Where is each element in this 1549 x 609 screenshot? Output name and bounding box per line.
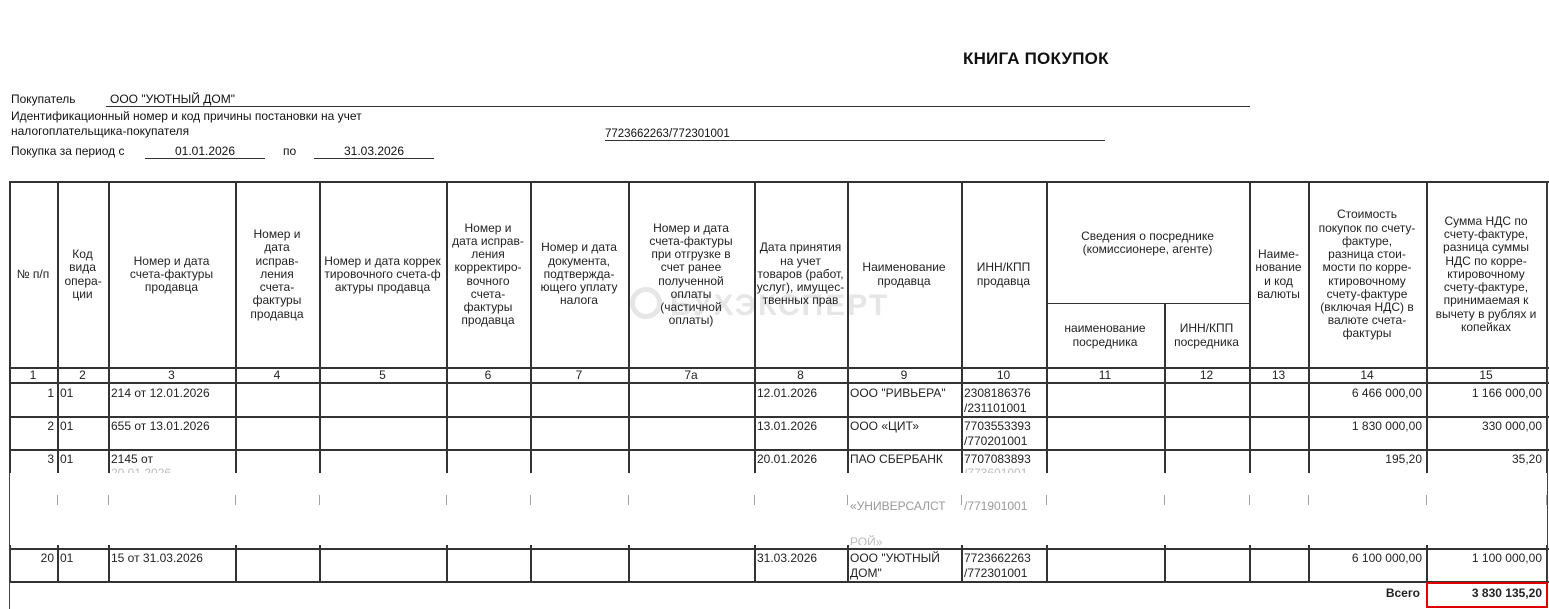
- row20-vat: 1 100 000,00: [1426, 551, 1542, 565]
- row2-seller: ООО «ЦИТ»: [850, 419, 919, 433]
- column-number-13: 12: [1164, 368, 1249, 382]
- header-col-9: Наименование продавца: [847, 182, 961, 367]
- row20-code: 01: [60, 551, 73, 565]
- inn-field: 7723662263/772301001: [605, 126, 1105, 141]
- inn-label-line2: налогоплательщика-покупателя: [11, 124, 189, 138]
- column-number-11: 10: [961, 368, 1046, 382]
- period-label: Покупка за период с: [11, 144, 125, 158]
- row1-vat: 1 166 000,00: [1426, 386, 1542, 400]
- row2-code: 01: [60, 419, 73, 433]
- row20-seller-line1: ООО "УЮТНЫЙ: [850, 551, 940, 565]
- row2-date: 13.01.2026: [757, 419, 817, 433]
- period-from-field: 01.01.2026: [145, 144, 265, 159]
- header-col-12: ИНН/КПП посредника: [1164, 304, 1249, 367]
- column-number-5: 5: [319, 368, 446, 382]
- period-from-value: 01.01.2026: [175, 144, 235, 158]
- row3-inn2-faded: /773601001: [964, 466, 1027, 473]
- document-title: КНИГА ПОКУПОК: [963, 49, 1109, 69]
- header-col-11: наименование посредника: [1046, 304, 1164, 367]
- row3-invoice: 2145 от: [111, 452, 153, 466]
- row1-seller: ООО "РИВЬЕРА": [850, 386, 946, 400]
- row3-invoice-faded: 20.01.2026: [111, 466, 171, 473]
- buyer-label: Покупатель: [11, 92, 75, 106]
- row3-seller: ПАО СБЕРБАНК: [850, 452, 943, 466]
- period-to-field: 31.03.2026: [314, 144, 434, 159]
- column-number-7: 7: [530, 368, 628, 382]
- row1-invoice: 214 от 12.01.2026: [111, 386, 210, 400]
- column-number-14: 13: [1249, 368, 1308, 382]
- row20-invoice: 15 от 31.03.2026: [111, 551, 203, 565]
- header-col-10: ИНН/КПП продавца: [961, 182, 1046, 367]
- gap-inn-faded: /771901001: [964, 499, 1027, 513]
- header-col-13: Наиме-нование и код валюты: [1249, 182, 1308, 367]
- header-col-6: Номер и дата исправ-ления корректиро-воч…: [446, 182, 530, 367]
- header-col-5: Номер и дата корректировочного счета-фак…: [319, 182, 446, 367]
- row3-date: 20.01.2026: [757, 452, 817, 466]
- header-col-4: Номер и дата исправ-ления счета-фактуры …: [235, 182, 319, 367]
- header-col-8: Дата принятия на учет товаров (работ, ус…: [754, 182, 847, 367]
- column-number-3: 3: [108, 368, 235, 382]
- row3-vat: 35,20: [1426, 452, 1542, 466]
- header-col-2: Код вида опера-ции: [57, 182, 108, 367]
- header-intermediary-group: Сведения о посреднике (комиссионере, аге…: [1046, 182, 1249, 304]
- inn-label-line1: Идентификационный номер и код причины по…: [11, 109, 362, 123]
- column-number-2: 2: [57, 368, 108, 382]
- row3-inn1: 7707083893: [964, 452, 1031, 466]
- gap-seller-faded-1: «УНИВЕРСАЛСТ: [850, 499, 946, 513]
- row2-cost: 1 830 000,00: [1308, 419, 1422, 433]
- header-col-14: Стоимость покупок по счету-фактуре, разн…: [1308, 182, 1426, 367]
- header-col-7a: Номер и дата счета-фактуры при отгрузке …: [628, 182, 754, 367]
- column-number-10: 9: [847, 368, 961, 382]
- header-col-3: Номер и дата счета-фактуры продавца: [108, 182, 235, 367]
- gap-seller-faded-2: РОЙ»: [850, 535, 882, 545]
- total-label: Всего: [1300, 586, 1420, 600]
- buyer-value: ООО "УЮТНЫЙ ДОМ": [106, 92, 235, 106]
- row20-cost: 6 100 000,00: [1308, 551, 1422, 565]
- buyer-field: ООО "УЮТНЫЙ ДОМ": [106, 92, 1250, 107]
- row3-code: 01: [60, 452, 73, 466]
- row2-inn2: /770201001: [964, 434, 1027, 448]
- row20-inn1: 7723662263: [964, 551, 1031, 565]
- row3-n: 3: [9, 452, 54, 466]
- header-col-7: Номер и дата документа, подтвержда-ющего…: [530, 182, 628, 367]
- column-number-9: 8: [754, 368, 847, 382]
- row2-vat: 330 000,00: [1426, 419, 1542, 433]
- row1-inn2: /231101001: [964, 401, 1027, 415]
- inn-value: 7723662263/772301001: [605, 128, 730, 140]
- header-col-1: № п/п: [9, 182, 57, 367]
- row2-invoice: 655 от 13.01.2026: [111, 419, 210, 433]
- row20-date: 31.03.2026: [757, 551, 817, 565]
- total-value: 3 830 135,20: [1426, 586, 1542, 600]
- column-number-16: 15: [1426, 368, 1546, 382]
- column-number-15: 14: [1308, 368, 1426, 382]
- period-to-label: по: [283, 144, 296, 158]
- column-number-6: 6: [446, 368, 530, 382]
- row1-n: 1: [9, 386, 54, 400]
- row3-cost: 195,20: [1308, 452, 1422, 466]
- row20-n: 20: [9, 551, 54, 565]
- row20-inn2: /772301001: [964, 566, 1027, 580]
- row1-cost: 6 466 000,00: [1308, 386, 1422, 400]
- column-number-8: 7а: [628, 368, 754, 382]
- row1-date: 12.01.2026: [757, 386, 817, 400]
- row2-n: 2: [9, 419, 54, 433]
- period-to-value: 31.03.2026: [344, 144, 404, 158]
- row1-inn1: 2308186376: [964, 386, 1031, 400]
- row2-inn1: 7703553393: [964, 419, 1031, 433]
- column-number-12: 11: [1046, 368, 1164, 382]
- column-number-4: 4: [235, 368, 319, 382]
- row20-seller-line2: ДОМ": [850, 566, 882, 580]
- row1-code: 01: [60, 386, 73, 400]
- header-col-15: Сумма НДС по счету-фактуре, разница сумм…: [1426, 182, 1546, 367]
- column-number-1: 1: [9, 368, 57, 382]
